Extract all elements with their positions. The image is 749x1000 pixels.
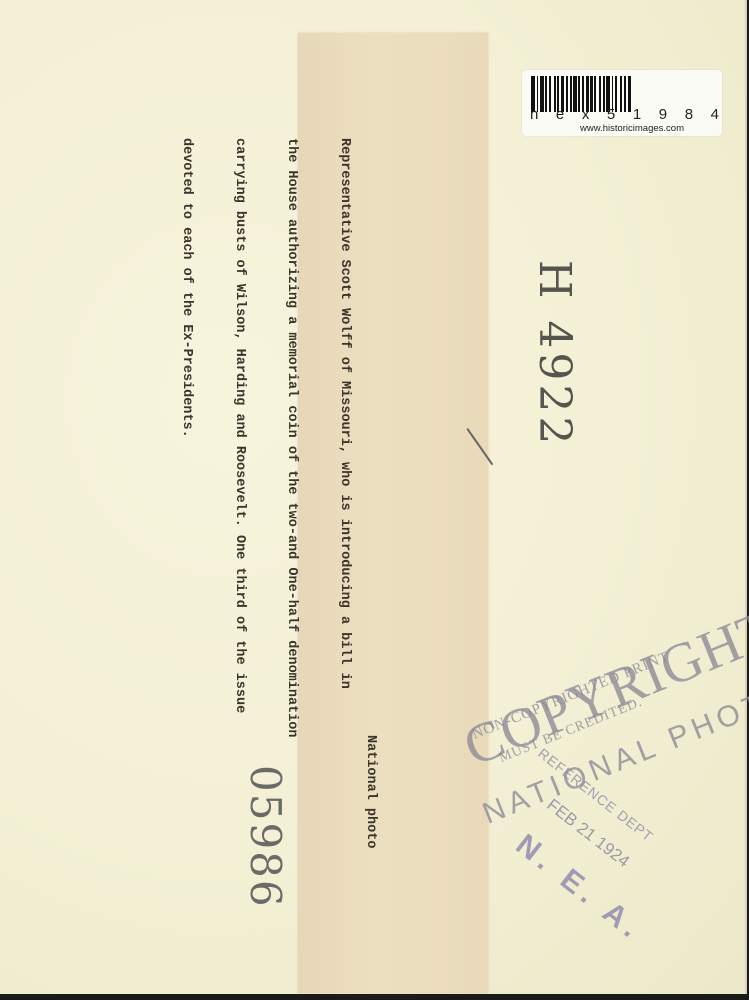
barcode-label: n e x 5 1 9 8 4 www.historicimages.com bbox=[522, 70, 722, 136]
barcode-url: www.historicimages.com bbox=[580, 123, 684, 134]
handwritten-number-right: H 4922 bbox=[529, 260, 580, 448]
barcode-digit: 1 bbox=[633, 106, 642, 123]
caption-line: Representative Scott Wolff of Missouri, … bbox=[336, 138, 354, 928]
barcode-digit: x bbox=[582, 106, 591, 123]
caption-line: devoted to each of the Ex-Presidents. bbox=[178, 138, 196, 928]
barcode-digit: 8 bbox=[685, 106, 694, 123]
barcode-digit: 5 bbox=[607, 106, 616, 123]
barcode-digit: n bbox=[530, 106, 539, 123]
barcode-digits: n e x 5 1 9 8 4 bbox=[530, 106, 720, 123]
barcode-digit: 4 bbox=[711, 106, 720, 123]
photo-back: Representative Scott Wolff of Missouri, … bbox=[0, 0, 747, 994]
handwritten-number-left: 05986 bbox=[241, 765, 290, 909]
photo-credit: National photo bbox=[363, 735, 378, 848]
barcode-digit: 9 bbox=[659, 106, 668, 123]
nea-stamp: N. E. A. bbox=[509, 828, 650, 948]
barcode-digit: e bbox=[556, 106, 565, 123]
